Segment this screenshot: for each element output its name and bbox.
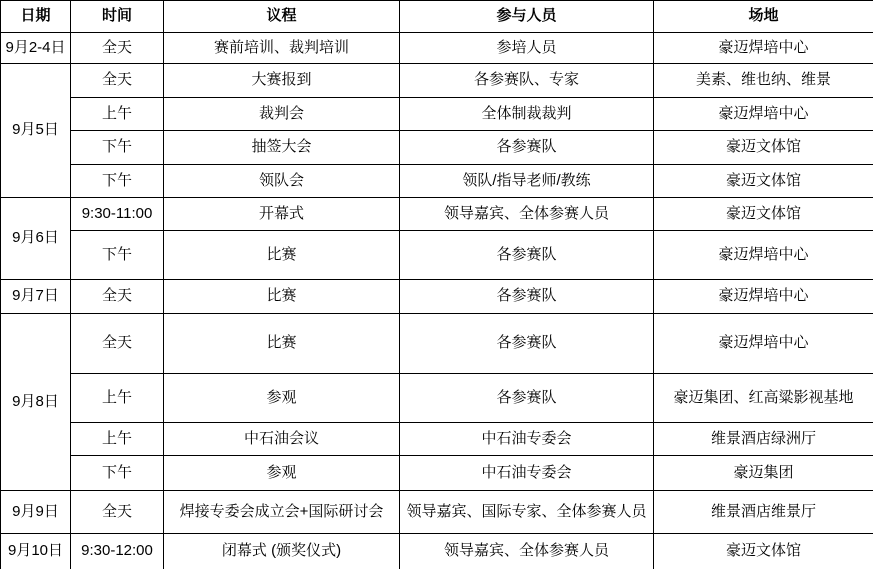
- venue-cell: 豪迈文体馆: [654, 198, 873, 231]
- date-cell: 9月10日: [1, 534, 71, 569]
- agenda-cell: 比赛: [164, 280, 400, 314]
- table-row: 上午中石油会议中石油专委会维景酒店绿洲厅: [1, 423, 873, 456]
- agenda-cell: 参观: [164, 374, 400, 423]
- time-cell: 9:30-12:00: [71, 534, 164, 569]
- venue-cell: 美素、维也纳、维景: [654, 64, 873, 98]
- participants-cell: 各参赛队: [400, 314, 654, 374]
- header-cell-venue: 场地: [654, 1, 873, 33]
- agenda-cell: 闭幕式 (颁奖仪式): [164, 534, 400, 569]
- participants-cell: 领导嘉宾、全体参赛人员: [400, 198, 654, 231]
- table-row: 9月5日全天大赛报到各参赛队、专家美素、维也纳、维景: [1, 64, 873, 98]
- venue-cell: 豪迈焊培中心: [654, 314, 873, 374]
- table-row: 9月9日全天焊接专委会成立会+国际研讨会领导嘉宾、国际专家、全体参赛人员维景酒店…: [1, 491, 873, 534]
- agenda-cell: 开幕式: [164, 198, 400, 231]
- venue-cell: 豪迈焊培中心: [654, 98, 873, 131]
- venue-cell: 豪迈集团、红高粱影视基地: [654, 374, 873, 423]
- table-row: 9月8日全天比赛各参赛队豪迈焊培中心: [1, 314, 873, 374]
- time-cell: 上午: [71, 374, 164, 423]
- table-row: 9月10日9:30-12:00闭幕式 (颁奖仪式)领导嘉宾、全体参赛人员豪迈文体…: [1, 534, 873, 569]
- date-cell: 9月8日: [1, 314, 71, 491]
- agenda-cell: 大赛报到: [164, 64, 400, 98]
- date-cell: 9月2-4日: [1, 33, 71, 64]
- venue-cell: 豪迈文体馆: [654, 534, 873, 569]
- participants-cell: 各参赛队: [400, 231, 654, 280]
- table-row: 下午领队会领队/指导老师/教练豪迈文体馆: [1, 165, 873, 198]
- date-cell: 9月6日: [1, 198, 71, 280]
- participants-cell: 各参赛队: [400, 131, 654, 165]
- participants-cell: 各参赛队: [400, 374, 654, 423]
- agenda-cell: 中石油会议: [164, 423, 400, 456]
- time-cell: 下午: [71, 456, 164, 491]
- participants-cell: 领导嘉宾、全体参赛人员: [400, 534, 654, 569]
- table-row: 下午参观中石油专委会豪迈集团: [1, 456, 873, 491]
- agenda-cell: 焊接专委会成立会+国际研讨会: [164, 491, 400, 534]
- participants-cell: 各参赛队: [400, 280, 654, 314]
- participants-cell: 参培人员: [400, 33, 654, 64]
- participants-cell: 中石油专委会: [400, 423, 654, 456]
- table-row: 9月2-4日全天赛前培训、裁判培训参培人员豪迈焊培中心: [1, 33, 873, 64]
- participants-cell: 全体制裁裁判: [400, 98, 654, 131]
- time-cell: 全天: [71, 280, 164, 314]
- agenda-cell: 赛前培训、裁判培训: [164, 33, 400, 64]
- table-row: 上午参观各参赛队豪迈集团、红高粱影视基地: [1, 374, 873, 423]
- table-row: 下午抽签大会各参赛队豪迈文体馆: [1, 131, 873, 165]
- agenda-cell: 抽签大会: [164, 131, 400, 165]
- venue-cell: 豪迈焊培中心: [654, 231, 873, 280]
- agenda-cell: 比赛: [164, 231, 400, 280]
- schedule-table-body: 9月2-4日全天赛前培训、裁判培训参培人员豪迈焊培中心9月5日全天大赛报到各参赛…: [1, 33, 873, 569]
- table-row: 上午裁判会全体制裁裁判豪迈焊培中心: [1, 98, 873, 131]
- date-cell: 9月5日: [1, 64, 71, 198]
- table-row: 9月7日全天比赛各参赛队豪迈焊培中心: [1, 280, 873, 314]
- agenda-cell: 裁判会: [164, 98, 400, 131]
- table-row: 下午比赛各参赛队豪迈焊培中心: [1, 231, 873, 280]
- schedule-table: 日期 时间 议程 参与人员 场地 9月2-4日全天赛前培训、裁判培训参培人员豪迈…: [0, 0, 873, 569]
- time-cell: 全天: [71, 64, 164, 98]
- header-row: 日期 时间 议程 参与人员 场地: [1, 1, 873, 33]
- participants-cell: 领队/指导老师/教练: [400, 165, 654, 198]
- header-cell-agenda: 议程: [164, 1, 400, 33]
- participants-cell: 领导嘉宾、国际专家、全体参赛人员: [400, 491, 654, 534]
- venue-cell: 维景酒店绿洲厅: [654, 423, 873, 456]
- venue-cell: 豪迈文体馆: [654, 165, 873, 198]
- time-cell: 上午: [71, 423, 164, 456]
- venue-cell: 豪迈焊培中心: [654, 280, 873, 314]
- time-cell: 下午: [71, 131, 164, 165]
- header-cell-participants: 参与人员: [400, 1, 654, 33]
- venue-cell: 维景酒店维景厅: [654, 491, 873, 534]
- time-cell: 上午: [71, 98, 164, 131]
- participants-cell: 各参赛队、专家: [400, 64, 654, 98]
- schedule-page: 日期 时间 议程 参与人员 场地 9月2-4日全天赛前培训、裁判培训参培人员豪迈…: [0, 0, 873, 569]
- date-cell: 9月9日: [1, 491, 71, 534]
- agenda-cell: 比赛: [164, 314, 400, 374]
- time-cell: 下午: [71, 165, 164, 198]
- participants-cell: 中石油专委会: [400, 456, 654, 491]
- table-row: 9月6日9:30-11:00开幕式领导嘉宾、全体参赛人员豪迈文体馆: [1, 198, 873, 231]
- time-cell: 下午: [71, 231, 164, 280]
- time-cell: 全天: [71, 33, 164, 64]
- venue-cell: 豪迈文体馆: [654, 131, 873, 165]
- venue-cell: 豪迈焊培中心: [654, 33, 873, 64]
- date-cell: 9月7日: [1, 280, 71, 314]
- agenda-cell: 领队会: [164, 165, 400, 198]
- time-cell: 全天: [71, 491, 164, 534]
- time-cell: 全天: [71, 314, 164, 374]
- venue-cell: 豪迈集团: [654, 456, 873, 491]
- agenda-cell: 参观: [164, 456, 400, 491]
- header-cell-date: 日期: [1, 1, 71, 33]
- time-cell: 9:30-11:00: [71, 198, 164, 231]
- header-cell-time: 时间: [71, 1, 164, 33]
